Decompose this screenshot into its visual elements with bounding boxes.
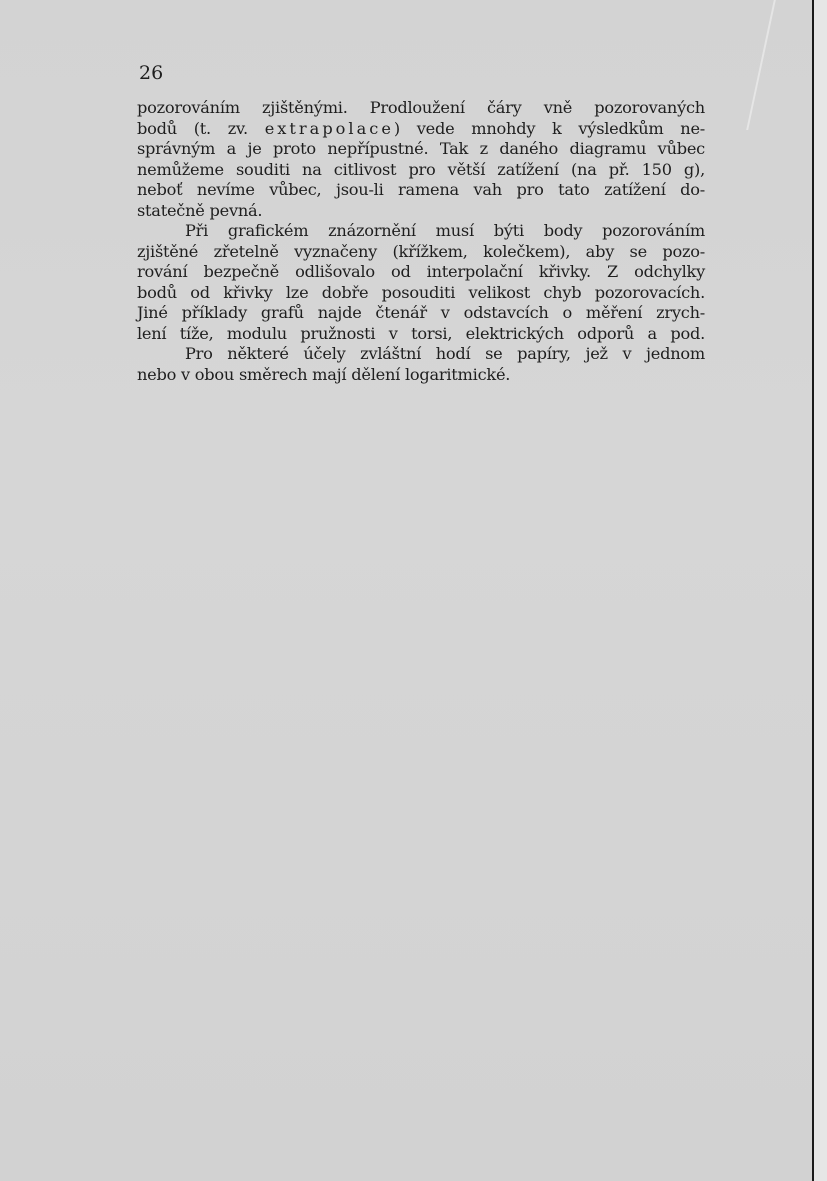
paper-crease: [746, 0, 776, 130]
paragraph-3: Pro některé účely zvláštní hodí se papír…: [137, 344, 705, 385]
text-line: Jiné příklady grafů najde čtenář v odsta…: [137, 303, 705, 324]
text-line: Při grafickém znázornění musí býti body …: [137, 221, 705, 242]
text-line: pozorováním zjištěnými. Prodloužení čáry…: [137, 98, 705, 119]
text-line: neboť nevíme vůbec, jsou-li ramena vah p…: [137, 180, 705, 201]
text-line: bodů od křivky lze dobře posouditi velik…: [137, 283, 705, 304]
text-line: správným a je proto nepřípustné. Tak z d…: [137, 139, 705, 160]
text-line: bodů (t. zv. extrapolace) vede mnohdy k …: [137, 119, 705, 140]
book-page: 26 pozorováním zjištěnými. Prodloužení č…: [0, 0, 812, 1181]
paragraph-2: Při grafickém znázornění musí býti body …: [137, 221, 705, 344]
paragraph-1: pozorováním zjištěnými. Prodloužení čáry…: [137, 98, 705, 221]
text-line: Pro některé účely zvláštní hodí se papír…: [137, 344, 705, 365]
text-fragment: ) vede mnohdy k výsledkům ne-: [394, 119, 705, 138]
text-line: zjištěné zřetelně vyznačeny (křížkem, ko…: [137, 242, 705, 263]
text-line: lení tíže, modulu pružnosti v torsi, ele…: [137, 324, 705, 345]
body-text: pozorováním zjištěnými. Prodloužení čáry…: [137, 98, 705, 385]
emphasized-term: extrapolace: [265, 119, 394, 138]
scan-margin: [814, 0, 827, 1181]
page-number: 26: [139, 62, 163, 84]
text-fragment: bodů (t. zv.: [137, 119, 265, 138]
text-line: nebo v obou směrech mají dělení logaritm…: [137, 365, 705, 386]
text-line: rování bezpečně odlišovalo od interpolač…: [137, 262, 705, 283]
text-line: statečně pevná.: [137, 201, 705, 222]
text-line: nemůžeme souditi na citlivost pro větší …: [137, 160, 705, 181]
